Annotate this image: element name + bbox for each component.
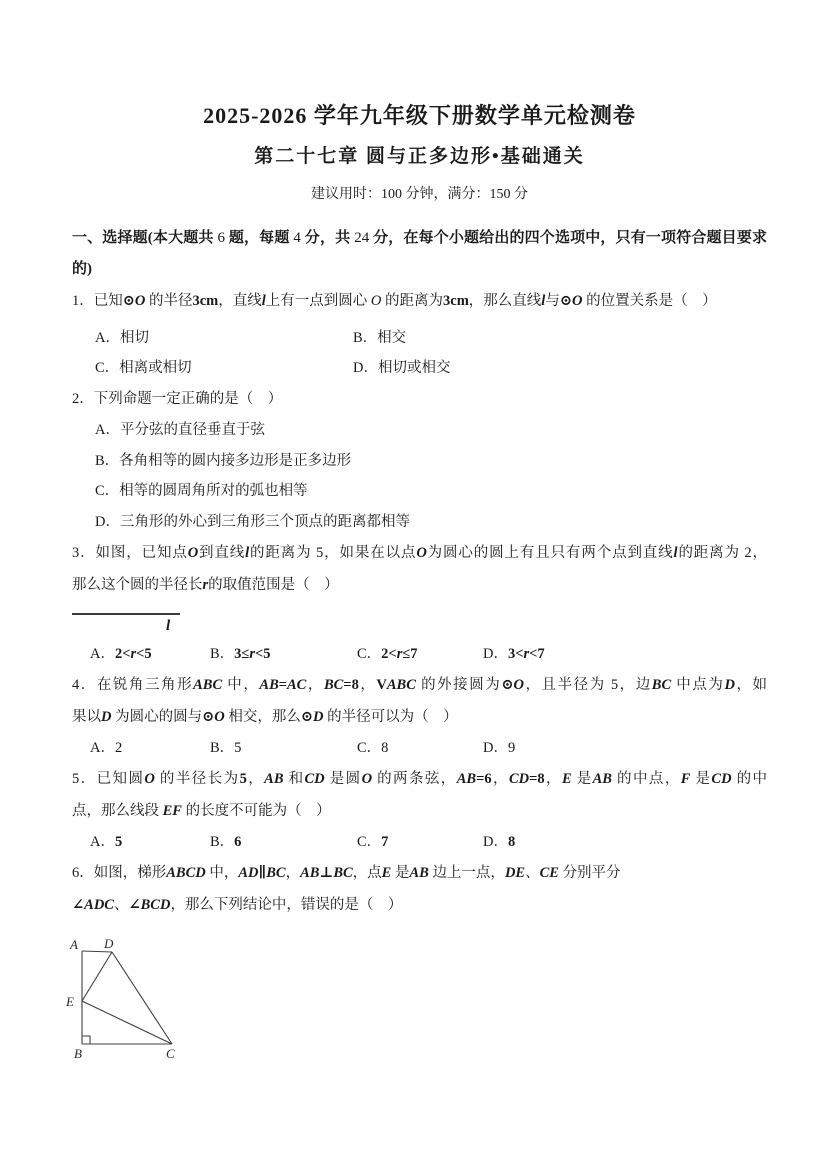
vertex-label-a: A: [69, 937, 78, 952]
option-item: B．相交: [353, 323, 767, 353]
section-header-line: 的): [72, 254, 767, 285]
options: A．平分弦的直径垂直于弦B．各角相等的圆内接多边形是正多边形C．相等的圆周角所对…: [72, 415, 767, 537]
option-item: D．3<r<7: [483, 639, 767, 669]
option-item: C．相离或相切: [95, 353, 353, 383]
option-item: D．相切或相交: [353, 353, 767, 383]
option-item: A．2<r<5: [90, 639, 210, 669]
question: 4．在锐角三角形ABC 中，AB=AC，BC=8，VABC 的外接圆为⊙O，且半…: [72, 669, 767, 763]
options: A．5B．6C．7D．8: [72, 827, 767, 857]
vertex-label-e: E: [65, 994, 74, 1009]
option-item: D．三角形的外心到三角形三个顶点的距离都相等: [95, 507, 767, 538]
line-l-figure: l: [72, 613, 767, 637]
document-page: 2025-2026 学年九年级下册数学单元检测卷 第二十七章 圆与正多边形•基础…: [0, 0, 827, 1169]
option-item: B．3≤r<5: [210, 639, 357, 669]
section-header: 一、选择题(本大题共 6 题，每题 4 分，共 24 分，在每个小题给出的四个选…: [72, 223, 767, 285]
option-item: C．7: [357, 827, 483, 857]
option-item: A．2: [90, 733, 210, 763]
question-line: 4．在锐角三角形ABC 中，AB=AC，BC=8，VABC 的外接圆为⊙O，且半…: [72, 669, 767, 701]
question: 1．已知⊙O 的半径3cm，直线l上有一点到圆心 O 的距离为3cm，那么直线l…: [72, 285, 767, 383]
question: 3．如图，已知点O到直线l的距离为 5，如果在以点O为圆心的圆上有且只有两个点到…: [72, 537, 767, 669]
option-item: A．平分弦的直径垂直于弦: [95, 415, 767, 446]
question-line: 点，那么线段 EF 的长度不可能为（ ）: [72, 795, 767, 827]
question-line: 那么这个圆的半径长r的取值范围是（ ）: [72, 569, 767, 601]
option-item: C．2<r≤7: [357, 639, 483, 669]
question: 6．如图，梯形ABCD 中，AD∥BC，AB⊥BC，点E 是AB 边上一点，DE…: [72, 857, 767, 1063]
option-item: C．8: [357, 733, 483, 763]
vertex-label-b: B: [74, 1046, 82, 1061]
option-item: D．9: [483, 733, 767, 763]
option-item: C．相等的圆周角所对的弧也相等: [95, 476, 767, 507]
question-line: 2．下列命题一定正确的是（ ）: [72, 383, 767, 415]
trapezoid-svg: ADEBC: [62, 933, 222, 1063]
options: A．2B．5C．8D．9: [72, 733, 767, 763]
question: 2．下列命题一定正确的是（ ）A．平分弦的直径垂直于弦B．各角相等的圆内接多边形…: [72, 383, 767, 537]
line-l-label: l: [166, 615, 170, 637]
question-line: 1．已知⊙O 的半径3cm，直线l上有一点到圆心 O 的距离为3cm，那么直线l…: [72, 285, 767, 317]
vertex-label-c: C: [166, 1046, 175, 1061]
question-line: 3．如图，已知点O到直线l的距离为 5，如果在以点O为圆心的圆上有且只有两个点到…: [72, 537, 767, 569]
option-item: D．8: [483, 827, 767, 857]
question-line: 5．已知圆O 的半径长为5，AB 和CD 是圆O 的两条弦，AB=6，CD=8，…: [72, 763, 767, 795]
option-item: A．相切: [95, 323, 353, 353]
trapezoid-figure: ADEBC: [62, 933, 767, 1063]
question-line: 6．如图，梯形ABCD 中，AD∥BC，AB⊥BC，点E 是AB 边上一点，DE…: [72, 857, 767, 889]
options: A．2<r<5B．3≤r<5C．2<r≤7D．3<r<7: [72, 639, 767, 669]
option-item: A．5: [90, 827, 210, 857]
option-item: B．各角相等的圆内接多边形是正多边形: [95, 446, 767, 477]
question: 5．已知圆O 的半径长为5，AB 和CD 是圆O 的两条弦，AB=6，CD=8，…: [72, 763, 767, 857]
question-line: ∠ADC、∠BCD，那么下列结论中，错误的是（ ）: [72, 889, 767, 921]
line-l-rule: [72, 613, 180, 615]
page-subtitle: 第二十七章 圆与正多边形•基础通关: [72, 145, 767, 169]
vertex-label-d: D: [103, 936, 114, 951]
option-item: B．5: [210, 733, 357, 763]
exam-meta: 建议用时：100 分钟，满分：150 分: [72, 186, 767, 204]
question-line: 果以D 为圆心的圆与⊙O 相交，那么⊙D 的半径可以为（ ）: [72, 701, 767, 733]
section-header-line: 一、选择题(本大题共 6 题，每题 4 分，共 24 分，在每个小题给出的四个选…: [72, 223, 767, 254]
page-title: 2025-2026 学年九年级下册数学单元检测卷: [72, 102, 767, 130]
question-list: 1．已知⊙O 的半径3cm，直线l上有一点到圆心 O 的距离为3cm，那么直线l…: [72, 285, 767, 1063]
options: A．相切B．相交C．相离或相切D．相切或相交: [72, 323, 767, 383]
option-item: B．6: [210, 827, 357, 857]
